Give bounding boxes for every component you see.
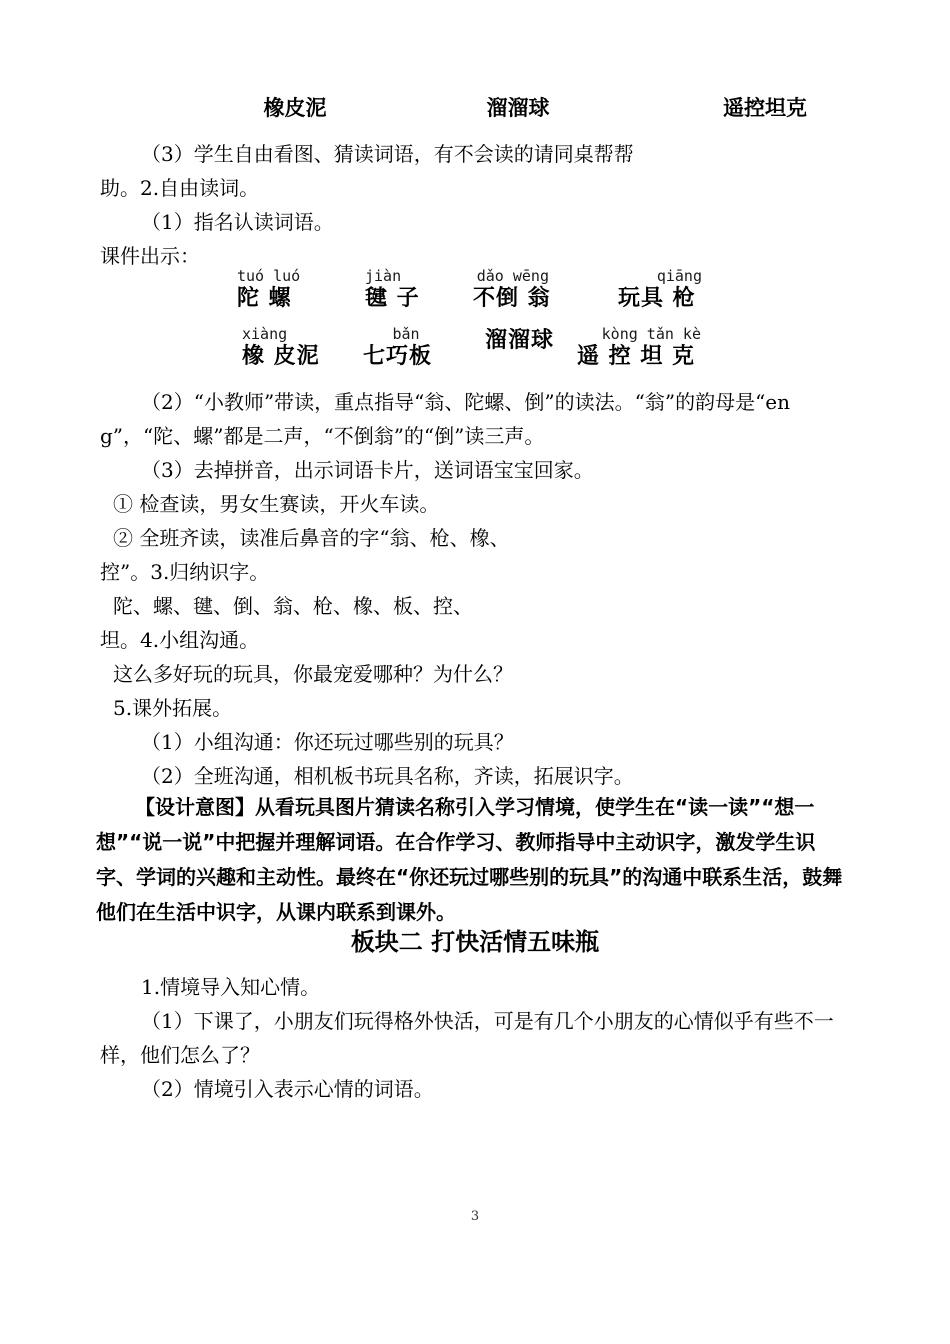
hanzi-text: 毽 子 [365,286,419,312]
pinyin-text: kòng tǎn kè [577,326,701,342]
pinyin-text: dǎo wēng [473,268,549,284]
section-mood-intro: 1.情境导入知心情。 （1）下课了，小朋友们玩得格外快活，可是有几个小朋友的心情… [0,970,950,1106]
page-number: 3 [0,1208,950,1226]
design-note-line: 想”“说一说”中把握并理解词语。在合作学习、教师指导中主动识字，激发学生识 [0,825,950,860]
paragraph-line: 助。2.自由读词。 [0,171,950,205]
paragraph-line: ① 检查读，男女生赛读，开火车读。 [0,487,950,521]
section-teaching-steps: （2）“小教师”带读，重点指导“翁、陀螺、倒”的读法。“翁”的韵母是“en g”… [0,385,950,793]
paragraph-line: ② 全班齐读，读准后鼻音的字“翁、枪、橡、 [0,521,950,555]
paragraph-line: 坦。4.小组沟通。 [0,623,950,657]
design-note-line: 【设计意图】从看玩具图片猜读名称引入学习情境，使学生在“读一读”“想一 [0,790,950,825]
paragraph-line: 1.情境导入知心情。 [0,970,950,1004]
paragraph-line: （3）学生自由看图、猜读词语，有不会读的请同桌帮帮 [0,137,950,171]
toy-caption-tank: 遥控坦克 [723,92,807,122]
hanzi-text: 七巧板 [363,344,449,370]
pinyin-word-xiangpini: xiàng 橡 皮泥 [242,326,328,370]
hanzi-text: 橡 皮泥 [242,344,328,370]
pinyin-word-jianzi: jiàn 毽 子 [365,268,419,312]
pinyin-word-qiqiaoban: bǎn 七巧板 [363,326,449,370]
paragraph-line: （1）指名认读词语。 [0,205,950,239]
paragraph-line: （1）下课了，小朋友们玩得格外快活，可是有几个小朋友的心情似乎有些不一 [0,1004,950,1038]
paragraph-line: （1）小组沟通：你还玩过哪些别的玩具？ [0,725,950,759]
paragraph-line: 样，他们怎么了？ [0,1038,950,1072]
pinyin-text: bǎn [363,326,449,342]
hanzi-text: 遥 控 坦 克 [577,344,701,370]
paragraph-line: 这么多好玩的玩具，你最宠爱哪种？为什么？ [0,657,950,691]
paragraph-line: （2）“小教师”带读，重点指导“翁、陀螺、倒”的读法。“翁”的韵母是“en [0,385,950,419]
toy-caption-yoyo: 溜溜球 [487,92,550,122]
paragraph-line: （3）去掉拼音，出示词语卡片，送词语宝宝回家。 [0,453,950,487]
paragraph-line: 5.课外拓展。 [0,691,950,725]
design-intent-note: 【设计意图】从看玩具图片猜读名称引入学习情境，使学生在“读一读”“想一 想”“说… [0,790,950,930]
document-page: 橡皮泥 溜溜球 遥控坦克 （3）学生自由看图、猜读词语，有不会读的请同桌帮帮 助… [0,0,950,1344]
pinyin-text: qiāng [618,268,702,284]
pinyin-word-tuoluo: tuó luó 陀 螺 [237,268,295,312]
pinyin-word-table: tuó luó 陀 螺 jiàn 毽 子 dǎo wēng 不倒 翁 qiāng… [0,268,950,378]
toy-caption-clay: 橡皮泥 [264,92,327,122]
hanzi-text: 陀 螺 [237,286,295,312]
paragraph-line: （2）全班沟通，相机板书玩具名称，齐读，拓展识字。 [0,759,950,793]
hanzi-text: 玩具 枪 [618,286,702,312]
design-note-line: 字、学词的兴趣和主动性。最终在“你还玩过哪些别的玩具”的沟通中联系生活，鼓舞 [0,860,950,895]
section-word-reading: （3）学生自由看图、猜读词语，有不会读的请同桌帮帮 助。2.自由读词。 （1）指… [0,137,950,273]
toy-caption-row: 橡皮泥 溜溜球 遥控坦克 [0,92,950,122]
pinyin-word-liuliuqiu: 溜溜球 [485,326,541,354]
pinyin-text: jiàn [365,268,419,284]
hanzi-text: 不倒 翁 [473,286,549,312]
pinyin-word-budaoweng: dǎo wēng 不倒 翁 [473,268,549,312]
paragraph-line: （2）情境引入表示心情的词语。 [0,1072,950,1106]
hanzi-text: 溜溜球 [485,328,541,354]
pinyin-word-wanjuqiang: qiāng 玩具 枪 [618,268,702,312]
paragraph-line: 控”。3.归纳识字。 [0,555,950,589]
paragraph-line: 陀、螺、毽、倒、翁、枪、橡、板、控、 [0,589,950,623]
paragraph-line: g”，“陀、螺”都是二声，“不倒翁”的“倒”读三声。 [0,419,950,453]
pinyin-word-yaokongtanke: kòng tǎn kè 遥 控 坦 克 [577,326,701,370]
section-heading: 板块二 打快活情五味瓶 [0,922,950,962]
pinyin-text: xiàng [242,326,328,342]
pinyin-text: tuó luó [237,268,295,284]
